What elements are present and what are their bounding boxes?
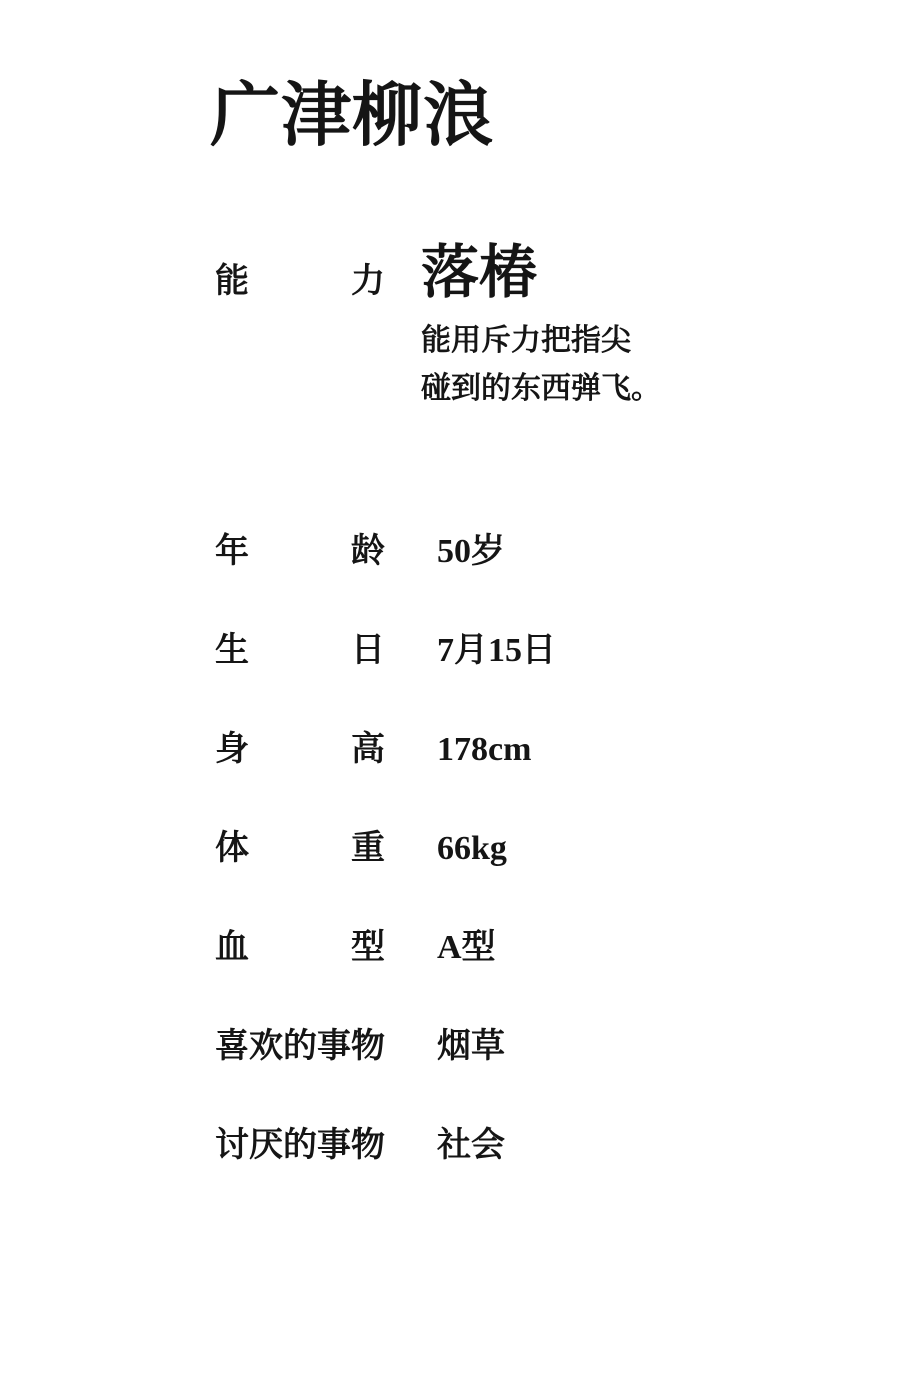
profile-row-height: 身高 178cm xyxy=(215,731,531,768)
profile-row-label: 喜欢的事物 xyxy=(215,1028,385,1065)
profile-row-likes: 喜欢的事物 烟草 xyxy=(215,1028,505,1065)
profile-row-value: 66kg xyxy=(437,832,507,866)
character-profile-page: 广津柳浪 能力 落椿 能用斥力把指尖 碰到的东西弹飞。 年龄 50岁 生日 7月… xyxy=(0,0,900,1379)
profile-row-value: 50岁 xyxy=(437,535,505,569)
profile-row-dislikes: 讨厌的事物 社会 xyxy=(215,1127,505,1164)
ability-section: 能力 落椿 xyxy=(215,244,537,302)
profile-row-label: 血型 xyxy=(215,929,385,966)
profile-row-label: 生日 xyxy=(215,632,385,669)
ability-description-line: 碰到的东西弹飞。 xyxy=(421,365,661,413)
profile-row-value: 178cm xyxy=(437,733,531,767)
profile-row-value: 烟草 xyxy=(437,1030,505,1064)
profile-row-age: 年龄 50岁 xyxy=(215,533,505,570)
profile-row-blood-type: 血型 A型 xyxy=(215,929,496,966)
ability-label: 能力 xyxy=(215,263,385,300)
profile-row-value: 社会 xyxy=(437,1129,505,1163)
profile-row-label: 体重 xyxy=(215,830,385,867)
ability-description: 能用斥力把指尖 碰到的东西弹飞。 xyxy=(421,317,661,413)
character-name-title: 广津柳浪 xyxy=(210,80,494,154)
profile-row-label: 年龄 xyxy=(215,533,385,570)
profile-row-value: 7月15日 xyxy=(437,634,556,668)
profile-row-weight: 体重 66kg xyxy=(215,830,507,867)
ability-description-line: 能用斥力把指尖 xyxy=(421,317,661,365)
profile-row-birthday: 生日 7月15日 xyxy=(215,632,556,669)
profile-row-value: A型 xyxy=(437,931,496,965)
profile-row-label: 讨厌的事物 xyxy=(215,1127,385,1164)
ability-name: 落椿 xyxy=(421,244,537,302)
profile-row-label: 身高 xyxy=(215,731,385,768)
